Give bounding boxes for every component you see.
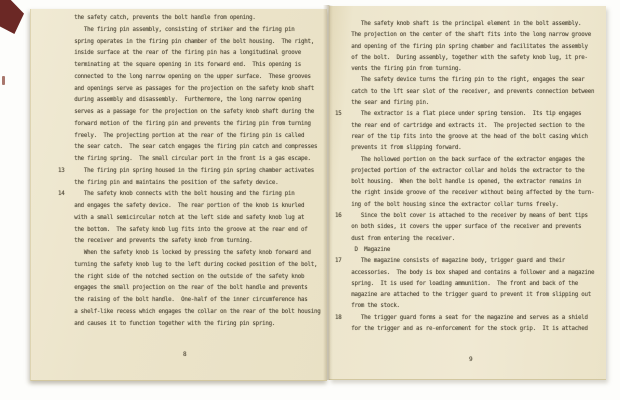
scan-artifact-top-left (0, 0, 24, 34)
text-line: dust from entering the receiver. (335, 234, 594, 245)
text-line: and causes it to function together with … (58, 319, 320, 331)
text-line: terminating at the square opening in its… (58, 60, 320, 72)
text-line: the raising of the bolt handle. One-half… (58, 295, 320, 307)
text-line: ing of the bolt housing since the extrac… (335, 200, 594, 211)
text-line: The safety knob shaft is the principal e… (335, 19, 594, 30)
text-line: inside surface at the rear of the firing… (58, 48, 320, 60)
text-line: 15 The extractor is a flat piece under s… (335, 109, 594, 120)
text-line: the firing spring. The small circular po… (58, 154, 320, 166)
text-line: magazine are attached to the trigger gua… (335, 290, 594, 301)
text-line: The safety device turns the firing pin t… (335, 75, 594, 86)
text-line: accessories. The body is box shaped and … (335, 268, 594, 279)
text-line: The hollowed portion on the back surface… (335, 155, 594, 166)
text-line: and opening of the firing pin spring cha… (335, 42, 594, 53)
text-line: D Magazine (335, 245, 594, 256)
text-line: spring operates in the firing pin chambe… (58, 37, 320, 49)
text-line: connected to the long narrow opening on … (58, 72, 320, 84)
text-line: 13 The firing pin spring housed in the f… (58, 166, 320, 178)
text-line: When the safety knob is locked by pressi… (58, 248, 320, 260)
text-line: and openings serve as passages for the p… (58, 84, 320, 96)
text-line: the right side of the notched section on… (58, 272, 320, 284)
page-left-number: 8 (183, 351, 187, 358)
text-line: with a small semicircular notch at the l… (58, 213, 320, 225)
text-line: for the trigger and as re-enforcement fo… (335, 324, 594, 335)
text-line: the firing pin and maintains the positio… (58, 178, 320, 190)
text-line: and engages the safety device. The rear … (58, 201, 320, 213)
text-line: the rear end of cartridge and extracts i… (335, 121, 594, 132)
text-line: the receiver and prevents the safety kno… (58, 236, 320, 248)
text-line: bolt housing. When the bolt handle is op… (335, 177, 594, 188)
page-right-number: 9 (469, 356, 473, 363)
text-line: a shelf-like recess which engages the co… (58, 307, 320, 319)
text-line: engages the small projection on the rear… (58, 283, 320, 295)
text-line: prevents it from slipping forward. (335, 143, 594, 154)
text-line: spring. It is used for loading ammunitio… (335, 279, 594, 290)
page-right-text: The safety knob shaft is the principal e… (335, 19, 594, 335)
text-line: during assembly and disassembly. Further… (58, 95, 320, 107)
text-line: 14 The safety knob connects with the bol… (58, 189, 320, 201)
text-line: the safety catch, prevents the bolt hand… (58, 13, 320, 25)
text-line: The projection on the center of the shaf… (335, 30, 594, 41)
text-line: of the bolt. During assembly, together w… (335, 53, 594, 64)
text-line: the sear and firing pin. (335, 98, 594, 109)
text-line: catch to the lft sear slot of the receiv… (335, 87, 594, 98)
text-line: 16 Since the bolt cover is attached to t… (335, 211, 594, 222)
scan-artifact-left-edge (2, 76, 5, 85)
text-line: The firing pin assembly, consisting of s… (58, 25, 320, 37)
book-fold-shadow (323, 5, 333, 380)
text-line: 17 The magazine consists of magazine bod… (335, 256, 594, 267)
text-line: turning the safety knob lug to the left … (58, 260, 320, 272)
text-line: vents the firing pin from turning. (335, 64, 594, 75)
text-line: projected portion of the extractor colla… (335, 166, 594, 177)
text-line: the right inside groove of the receiver … (335, 188, 594, 199)
text-line: the bottom. The safety knob lug fits int… (58, 225, 320, 237)
text-line: 18 The trigger guard forms a seat for th… (335, 313, 594, 324)
text-line: on both sides, it covers the upper surfa… (335, 222, 594, 233)
text-line: the sear catch. The sear catch engages t… (58, 142, 320, 154)
text-line: forward motion of the firing pin and pre… (58, 119, 320, 131)
text-line: rear of the tip fits into the groove at … (335, 132, 594, 143)
text-line: freely. The projecting portion at the re… (58, 131, 320, 143)
page-left-text: the safety catch, prevents the bolt hand… (58, 13, 320, 330)
text-line: serves as a passage for the projection o… (58, 107, 320, 119)
scanned-document: the safety catch, prevents the bolt hand… (0, 0, 620, 400)
text-line: from the stock. (335, 301, 594, 312)
